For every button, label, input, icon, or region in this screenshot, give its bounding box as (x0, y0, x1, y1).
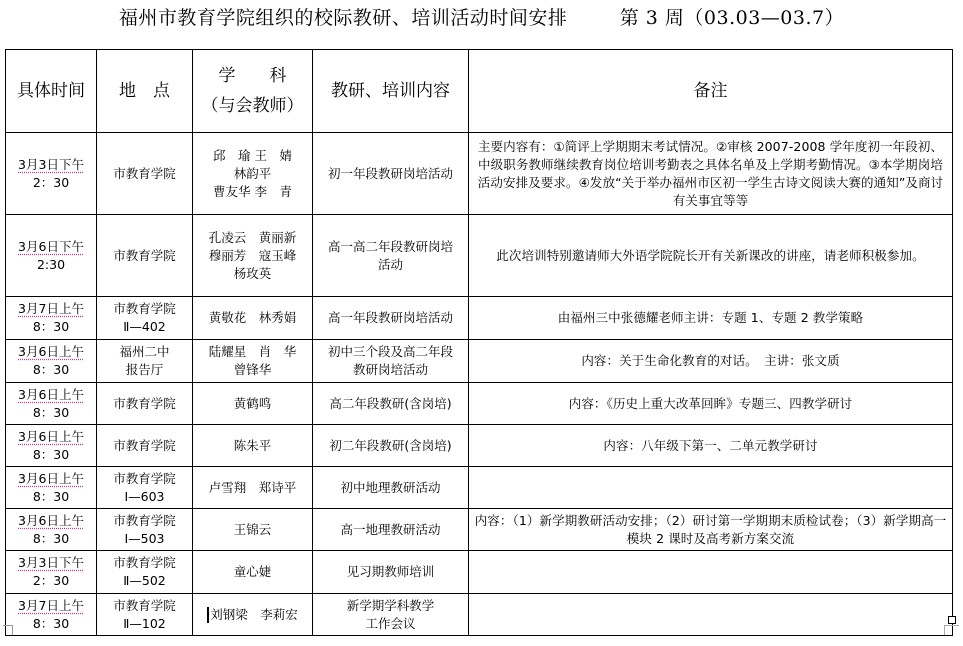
teachers-text: 刘钢梁 李莉宏 (210, 607, 298, 622)
content-text: 初中地理教研活动 (316, 479, 465, 497)
location-cell[interactable]: 福州二中 报告厅 (97, 340, 193, 383)
time-cell[interactable]: 3月6日上午 8：30 (6, 340, 97, 383)
teachers-text: 卢雪翔 郑诗平 (196, 479, 309, 497)
page-corner-mark (944, 625, 959, 635)
content-text: 初一年段教研岗培活动 (316, 165, 465, 183)
table-row: 3月6日上午 8：30 市教育学院 Ⅰ—503 王锦云 高一地理教研活动 内容：… (6, 509, 953, 551)
teachers-text: 邱 瑜 王 婧 (196, 147, 309, 165)
time-cell[interactable]: 3月3日下午 2：30 (6, 133, 97, 215)
teachers-text: 孔凌云 黄丽新 (196, 229, 309, 247)
location-cell[interactable]: 市教育学院 (97, 383, 193, 425)
content-cell[interactable]: 高一年段教研岗培活动 (313, 297, 469, 340)
content-cell[interactable]: 新学期学科教学 工作会议 (313, 594, 469, 636)
notes-cell[interactable]: 内容：（1）新学期教研活动安排；（2）研讨第一学期期末质检试卷；（3）新学期高一… (469, 509, 953, 551)
location-text: 市教育学院 (100, 597, 189, 615)
time-cell[interactable]: 3月6日上午 8：30 (6, 425, 97, 467)
hour-text: 8：30 (9, 318, 93, 336)
teachers-text: 林韵平 (196, 165, 309, 183)
date-text: 3月6日上午 (9, 470, 93, 488)
content-text: 高二年段教研(含岗培) (316, 395, 465, 413)
content-text: 初中三个段及高二年段 (316, 343, 465, 361)
table-resize-handle[interactable] (948, 616, 956, 624)
location-cell[interactable]: 市教育学院 Ⅱ—502 (97, 551, 193, 594)
table-row: 3月6日上午 8：30 市教育学院 Ⅰ—603 卢雪翔 郑诗平 初中地理教研活动 (6, 467, 953, 509)
content-cell[interactable]: 高一高二年段教研岗培 活动 (313, 215, 469, 297)
location-text: 市教育学院 (100, 300, 189, 318)
location-cell[interactable]: 市教育学院 (97, 215, 193, 297)
table-row: 3月6日上午 8：30 市教育学院 黄鹤鸣 高二年段教研(含岗培) 内容：《历史… (6, 383, 953, 425)
time-cell[interactable]: 3月7日上午 8：30 (6, 594, 97, 636)
content-text: 教研岗培活动 (316, 361, 465, 379)
location-cell[interactable]: 市教育学院 (97, 425, 193, 467)
date-text: 3月3日下午 (9, 156, 93, 174)
content-text: 高一地理教研活动 (316, 521, 465, 539)
teachers-cell[interactable]: 陆耀星 肖 华 曾锋华 (193, 340, 313, 383)
content-text: 高一年段教研岗培活动 (316, 309, 465, 327)
notes-cell[interactable] (469, 594, 953, 636)
location-text: 市教育学院 (100, 247, 189, 265)
location-text: 市教育学院 (100, 437, 189, 455)
time-cell[interactable]: 3月7日上午 8：30 (6, 297, 97, 340)
teachers-text: 曾锋华 (196, 361, 309, 379)
content-text: 新学期学科教学 (316, 597, 465, 615)
room-text: Ⅱ—402 (100, 318, 189, 336)
teachers-text: 穆丽芳 寇玉峰 (196, 247, 309, 265)
date-text: 3月3日下午 (9, 554, 93, 572)
table-row: 3月3日下午 2：30 市教育学院 Ⅱ—502 童心婕 见习期教师培训 (6, 551, 953, 594)
schedule-table: 具体时间 地 点 学 科 （与会教师） 教研、培训内容 备注 3月3日下午 2：… (5, 49, 953, 636)
hour-text: 8：30 (9, 404, 93, 422)
table-row: 3月7日上午 8：30 市教育学院 Ⅱ—402 黄敬花 林秀娟 高一年段教研岗培… (6, 297, 953, 340)
location-text: 市教育学院 (100, 554, 189, 572)
location-text: 市教育学院 (100, 395, 189, 413)
content-cell[interactable]: 初中三个段及高二年段 教研岗培活动 (313, 340, 469, 383)
content-text: 见习期教师培训 (316, 563, 465, 581)
notes-cell[interactable]: 内容：关于生命化教育的对话。 主讲：张文质 (469, 340, 953, 383)
teachers-cell[interactable]: 邱 瑜 王 婧 林韵平 曹友华 李 青 (193, 133, 313, 215)
date-text: 3月6日上午 (9, 428, 93, 446)
notes-cell[interactable]: 主要内容有：①简评上学期期末考试情况。②审核 2007-2008 学年度初一年段… (469, 133, 953, 215)
table-row: 3月7日上午 8：30 市教育学院 Ⅱ—102 刘钢梁 李莉宏 新学期学科教学 … (6, 594, 953, 636)
teachers-text: 杨玫英 (196, 265, 309, 283)
teachers-cell[interactable]: 王锦云 (193, 509, 313, 551)
date-text: 3月6日下午 (9, 238, 93, 256)
time-cell[interactable]: 3月6日下午 2:30 (6, 215, 97, 297)
notes-cell[interactable] (469, 467, 953, 509)
page-corner-mark (3, 625, 13, 635)
text-cursor (207, 607, 209, 623)
notes-cell[interactable]: 内容：八年级下第一、二单元教学研讨 (469, 425, 953, 467)
location-text: 市教育学院 (100, 165, 189, 183)
teachers-text: 童心婕 (196, 563, 309, 581)
table-row: 3月6日下午 2:30 市教育学院 孔凌云 黄丽新 穆丽芳 寇玉峰 杨玫英 高一… (6, 215, 953, 297)
document-page: 福州市教育学院组织的校际教研、培训活动时间安排 第 3 周（03.03—03.7… (0, 0, 963, 646)
date-text: 3月7日上午 (9, 300, 93, 318)
content-text: 初二年段教研(含岗培) (316, 437, 465, 455)
header-time: 具体时间 (6, 50, 97, 133)
content-cell[interactable]: 初中地理教研活动 (313, 467, 469, 509)
teachers-cell[interactable]: 陈朱平 (193, 425, 313, 467)
room-text: Ⅱ—502 (100, 572, 189, 590)
date-text: 3月6日上午 (9, 512, 93, 530)
content-cell[interactable]: 高一地理教研活动 (313, 509, 469, 551)
content-cell[interactable]: 初二年段教研(含岗培) (313, 425, 469, 467)
table-row: 3月6日上午 8：30 福州二中 报告厅 陆耀星 肖 华 曾锋华 初中三个段及高… (6, 340, 953, 383)
content-cell[interactable]: 见习期教师培训 (313, 551, 469, 594)
hour-text: 2：30 (9, 174, 93, 192)
time-cell[interactable]: 3月3日下午 2：30 (6, 551, 97, 594)
hour-text: 8：30 (9, 530, 93, 548)
room-text: Ⅰ—603 (100, 488, 189, 506)
hour-text: 8：30 (9, 615, 93, 633)
time-cell[interactable]: 3月6日上午 8：30 (6, 383, 97, 425)
hour-text: 2：30 (9, 572, 93, 590)
date-text: 3月6日上午 (9, 343, 93, 361)
table-row: 3月6日上午 8：30 市教育学院 陈朱平 初二年段教研(含岗培) 内容：八年级… (6, 425, 953, 467)
teachers-cell[interactable]: 童心婕 (193, 551, 313, 594)
hour-text: 8：30 (9, 361, 93, 379)
teachers-cell[interactable]: 孔凌云 黄丽新 穆丽芳 寇玉峰 杨玫英 (193, 215, 313, 297)
room-text: Ⅱ—102 (100, 615, 189, 633)
page-title: 福州市教育学院组织的校际教研、培训活动时间安排 第 3 周（03.03—03.7… (0, 6, 963, 30)
notes-cell[interactable]: 由福州三中张德耀老师主讲：专题 1、专题 2 教学策略 (469, 297, 953, 340)
header-content: 教研、培训内容 (313, 50, 469, 133)
teachers-cell[interactable]: 黄敬花 林秀娟 (193, 297, 313, 340)
teachers-cell[interactable]: 刘钢梁 李莉宏 (193, 594, 313, 636)
notes-cell[interactable]: 此次培训特别邀请师大外语学院院长开有关新课改的讲座，请老师积极参加。 (469, 215, 953, 297)
date-text: 3月7日上午 (9, 597, 93, 615)
content-cell[interactable]: 高二年段教研(含岗培) (313, 383, 469, 425)
content-text: 活动 (316, 256, 465, 274)
location-cell[interactable]: 市教育学院 Ⅰ—503 (97, 509, 193, 551)
header-location: 地 点 (97, 50, 193, 133)
notes-cell[interactable] (469, 551, 953, 594)
teachers-cell[interactable]: 黄鹤鸣 (193, 383, 313, 425)
hour-text: 2:30 (9, 256, 93, 274)
teachers-text: 王锦云 (196, 521, 309, 539)
location-cell[interactable]: 市教育学院 Ⅱ—102 (97, 594, 193, 636)
room-text: Ⅰ—503 (100, 530, 189, 548)
location-text: 福州二中 (100, 343, 189, 361)
hour-text: 8：30 (9, 488, 93, 506)
content-cell[interactable]: 初一年段教研岗培活动 (313, 133, 469, 215)
header-notes: 备注 (469, 50, 953, 133)
teachers-text: 曹友华 李 青 (196, 183, 309, 201)
location-text: 市教育学院 (100, 470, 189, 488)
content-text: 工作会议 (316, 615, 465, 633)
location-text: 市教育学院 (100, 512, 189, 530)
header-subject: 学 科 （与会教师） (193, 50, 313, 133)
hour-text: 8：30 (9, 446, 93, 464)
notes-cell[interactable]: 内容：《历史上重大改革回眸》专题三、四教学研讨 (469, 383, 953, 425)
teachers-text: 黄鹤鸣 (196, 395, 309, 413)
time-cell[interactable]: 3月6日上午 8：30 (6, 509, 97, 551)
teachers-text: 黄敬花 林秀娟 (196, 309, 309, 327)
header-subject-line2: （与会教师） (196, 91, 309, 121)
time-cell[interactable]: 3月6日上午 8：30 (6, 467, 97, 509)
teachers-cell[interactable]: 卢雪翔 郑诗平 (193, 467, 313, 509)
teachers-text: 陈朱平 (196, 437, 309, 455)
teachers-text: 陆耀星 肖 华 (196, 343, 309, 361)
table-row: 3月3日下午 2：30 市教育学院 邱 瑜 王 婧 林韵平 曹友华 李 青 初一… (6, 133, 953, 215)
location-cell[interactable]: 市教育学院 Ⅱ—402 (97, 297, 193, 340)
header-subject-line1: 学 科 (196, 61, 309, 91)
table-header-row: 具体时间 地 点 学 科 （与会教师） 教研、培训内容 备注 (6, 50, 953, 133)
room-text: 报告厅 (100, 361, 189, 379)
location-cell[interactable]: 市教育学院 (97, 133, 193, 215)
content-text: 高一高二年段教研岗培 (316, 238, 465, 256)
location-cell[interactable]: 市教育学院 Ⅰ—603 (97, 467, 193, 509)
date-text: 3月6日上午 (9, 386, 93, 404)
